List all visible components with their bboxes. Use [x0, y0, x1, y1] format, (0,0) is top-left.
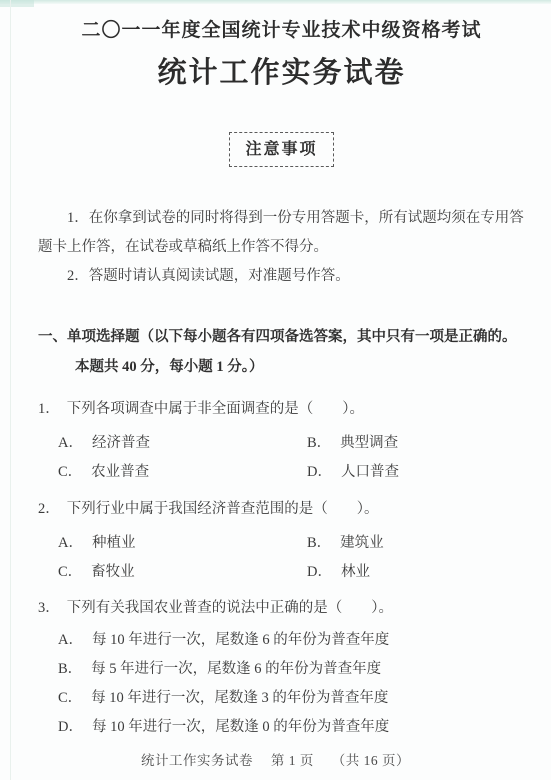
question-text: 下列有关我国农业普查的说法中正确的是（ ）。 — [67, 600, 393, 616]
option-b: B．典型调查 — [307, 429, 525, 458]
question-number: 1． — [38, 401, 60, 417]
option-text: 典型调查 — [340, 435, 398, 451]
instruction-item-2: 2．答题时请认真阅读试题，对准题号作答。 — [38, 262, 525, 291]
question-3: 3．下列有关我国农业普查的说法中正确的是（ ）。 A．每 10 年进行一次，尾数… — [38, 596, 525, 742]
question-number: 2． — [38, 501, 60, 517]
option-text: 每 10 年进行一次，尾数逢 0 的年份为普查年度 — [92, 719, 389, 735]
option-text: 经济普查 — [92, 435, 150, 451]
notice-box: 注意事项 — [229, 132, 333, 167]
question-text: 下列行业中属于我国经济普查范围的是（ ）。 — [67, 501, 379, 517]
option-text: 每 5 年进行一次，尾数逢 6 的年份为普查年度 — [91, 661, 381, 677]
option-label: C． — [58, 690, 82, 706]
option-label: D． — [307, 564, 332, 580]
option-label: D． — [307, 464, 332, 480]
option-label: A． — [58, 632, 83, 648]
question-2: 2．下列行业中属于我国经济普查范围的是（ ）。 A．种植业 B．建筑业 C．畜牧… — [38, 497, 525, 587]
option-text: 每 10 年进行一次，尾数逢 6 的年份为普查年度 — [92, 632, 389, 648]
page-footer: 统计工作实务试卷 第 1 页 （共 16 页） — [0, 749, 551, 769]
instructions: 1．在你拿到试卷的同时将得到一份专用答题卡，所有试题均须在专用答题卡上作答，在试… — [38, 204, 525, 291]
paper-subject-title: 统计工作实务试卷 — [38, 55, 525, 91]
option-d: D．林业 — [307, 558, 525, 587]
option-text: 林业 — [341, 564, 370, 580]
notice-box-wrapper: 注意事项 — [38, 132, 525, 167]
footer-page-number: 第 1 页 — [271, 753, 314, 768]
option-d: D．人口普查 — [307, 458, 525, 487]
option-b: B．建筑业 — [307, 529, 525, 558]
option-c: C．畜牧业 — [58, 558, 307, 587]
option-c: C．农业普查 — [58, 458, 307, 487]
options: A．种植业 B．建筑业 C．畜牧业 D．林业 — [38, 529, 525, 587]
instruction-item-1: 1．在你拿到试卷的同时将得到一份专用答题卡，所有试题均须在专用答题卡上作答，在试… — [38, 204, 525, 262]
option-d: D．每 10 年进行一次，尾数逢 0 的年份为普查年度 — [58, 713, 525, 742]
exam-title: 二〇一一年度全国统计专业技术中级资格考试 — [38, 0, 525, 44]
option-label: B． — [58, 661, 82, 677]
question-number: 3． — [38, 600, 60, 616]
question-stem: 2．下列行业中属于我国经济普查范围的是（ ）。 — [38, 497, 525, 521]
footer-total-pages: （共 16 页） — [332, 753, 410, 768]
options: A．经济普查 B．典型调查 C．农业普查 D．人口普查 — [38, 429, 525, 487]
option-label: A． — [58, 535, 83, 551]
option-b: B．每 5 年进行一次，尾数逢 6 的年份为普查年度 — [58, 655, 525, 684]
footer-paper-name: 统计工作实务试卷 — [141, 753, 253, 768]
option-text: 畜牧业 — [91, 564, 135, 580]
option-label: D． — [58, 719, 83, 735]
option-a: A．种植业 — [58, 529, 307, 558]
options: A．每 10 年进行一次，尾数逢 6 的年份为普查年度 B．每 5 年进行一次，… — [38, 626, 525, 742]
question-stem: 3．下列有关我国农业普查的说法中正确的是（ ）。 — [38, 596, 525, 620]
option-text: 人口普查 — [341, 464, 399, 480]
question-text: 下列各项调查中属于非全面调查的是（ ）。 — [67, 401, 364, 417]
option-text: 种植业 — [92, 535, 136, 551]
option-text: 农业普查 — [91, 464, 149, 480]
option-label: C． — [58, 464, 82, 480]
option-text: 建筑业 — [340, 535, 384, 551]
option-a: A．每 10 年进行一次，尾数逢 6 的年份为普查年度 — [58, 626, 525, 655]
question-stem: 1．下列各项调查中属于非全面调查的是（ ）。 — [38, 397, 525, 421]
exam-paper-page: 二〇一一年度全国统计专业技术中级资格考试 统计工作实务试卷 注意事项 1．在你拿… — [0, 0, 551, 780]
option-label: B． — [307, 535, 331, 551]
section-heading: 一、单项选择题（以下每小题各有四项备选答案，其中只有一项是正确的。本题共 40 … — [38, 322, 525, 382]
option-label: B． — [307, 435, 331, 451]
question-1: 1．下列各项调查中属于非全面调查的是（ ）。 A．经济普查 B．典型调查 C．农… — [38, 397, 525, 487]
option-text: 每 10 年进行一次，尾数逢 3 的年份为普查年度 — [91, 690, 388, 706]
option-a: A．经济普查 — [58, 429, 307, 458]
option-label: C． — [58, 564, 82, 580]
option-label: A． — [58, 435, 83, 451]
option-c: C．每 10 年进行一次，尾数逢 3 的年份为普查年度 — [58, 684, 525, 713]
